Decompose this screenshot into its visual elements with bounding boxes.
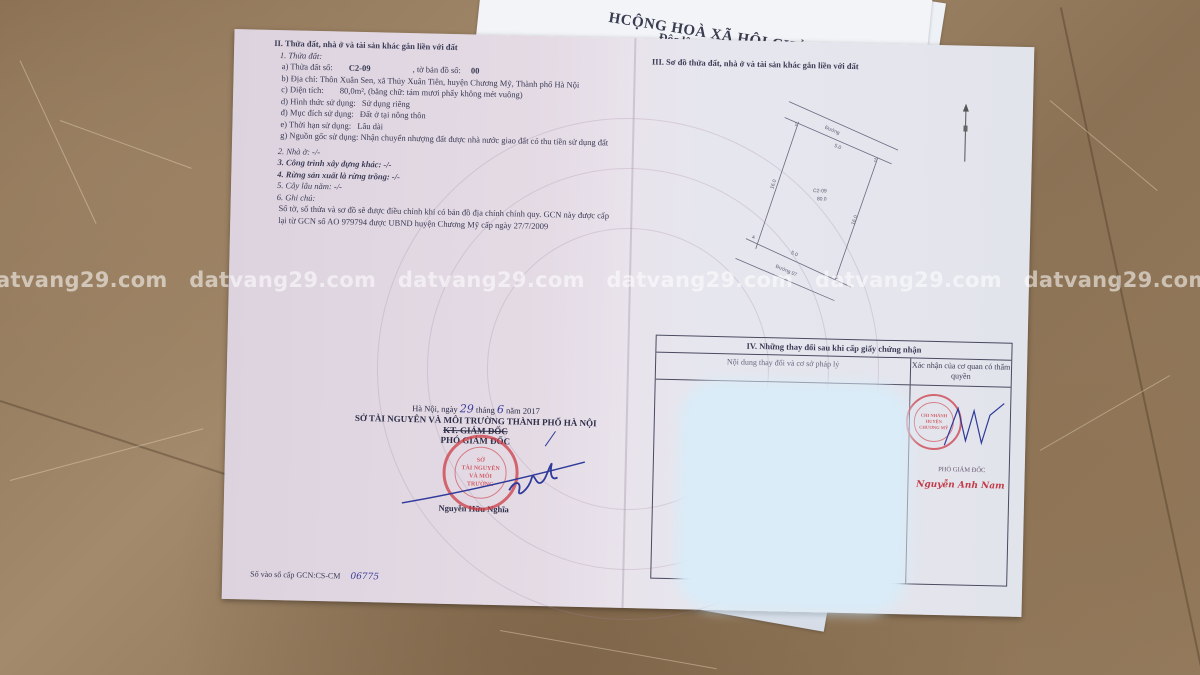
svg-text:80.0: 80.0 <box>817 196 827 202</box>
svg-text:16.0: 16.0 <box>851 214 860 225</box>
north-arrow-icon <box>960 103 971 163</box>
floor-tile-seam <box>0 400 248 482</box>
svg-text:16.0: 16.0 <box>769 179 778 190</box>
confirm-signature-icon <box>939 400 1010 452</box>
registry-number: Số vào sổ cấp GCN:CS-CM 06775 <box>250 569 379 582</box>
floor-tile-seam <box>1060 7 1200 668</box>
svg-text:4: 4 <box>752 235 755 241</box>
svg-text:5.0: 5.0 <box>790 250 799 258</box>
svg-text:2: 2 <box>874 158 877 164</box>
column-authority-confirmation: Xác nhận của cơ quan có thẩm quyền <box>911 358 1012 386</box>
marble-vein <box>500 630 717 669</box>
privacy-blur-patch <box>676 379 911 614</box>
marble-vein <box>60 120 192 169</box>
svg-text:C2-09: C2-09 <box>813 188 827 194</box>
marble-vein <box>20 60 97 224</box>
watermark-text: atvang29.com datvang29.com datvang29.com… <box>0 268 1200 292</box>
confirmation-cell: CHI NHÁNH HUYỆN CHƯƠNG MỸ PHÓ GIÁM ĐỐC N… <box>906 385 1010 585</box>
land-use-certificate: II. Thửa đất, nhà ở và tài sản khác gắn … <box>222 29 1035 617</box>
confirm-signer-name: Nguyễn Anh Nam <box>912 479 1008 491</box>
left-page: II. Thửa đất, nhà ở và tài sản khác gắn … <box>270 38 629 234</box>
marble-vein <box>1040 375 1170 451</box>
confirm-position: PHÓ GIÁM ĐỐC <box>917 466 1007 475</box>
section-iii-title: III. Sơ đồ thửa đất, nhà ở và tài sản kh… <box>652 56 1027 75</box>
right-page: III. Sơ đồ thửa đất, nhà ở và tài sản kh… <box>652 56 1027 75</box>
svg-text:5.0: 5.0 <box>833 143 842 151</box>
signature-scribble-icon <box>394 423 596 518</box>
svg-text:1: 1 <box>794 122 797 128</box>
marble-vein <box>1050 100 1158 191</box>
svg-text:Đường: Đường <box>824 125 841 137</box>
